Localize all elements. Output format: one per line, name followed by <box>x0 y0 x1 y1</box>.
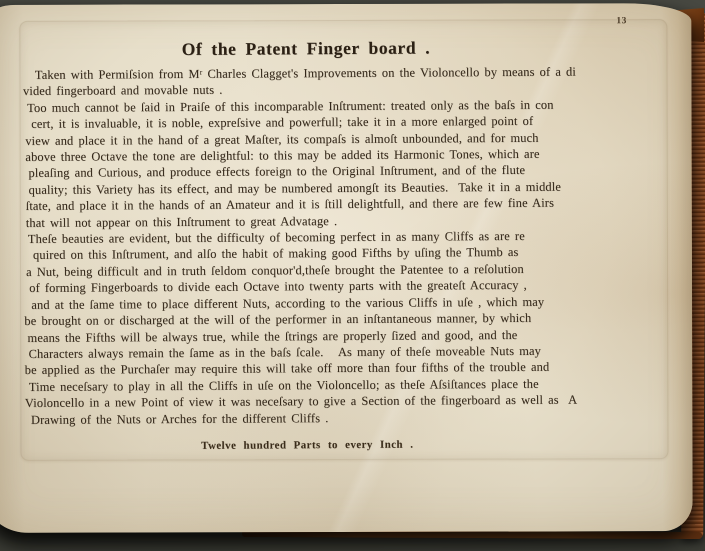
page-number: 13 <box>616 16 627 26</box>
book-page: 13 Of the Patent Finger board . Taken wi… <box>0 3 693 533</box>
text-line: Drawing of the Nuts or Arches for the di… <box>31 408 677 428</box>
document-title: Of the Patent Finger board . <box>182 36 675 60</box>
photo-background: 13 Of the Patent Finger board . Taken wi… <box>0 0 705 551</box>
printed-text: Of the Patent Finger board . Taken with … <box>23 36 678 453</box>
